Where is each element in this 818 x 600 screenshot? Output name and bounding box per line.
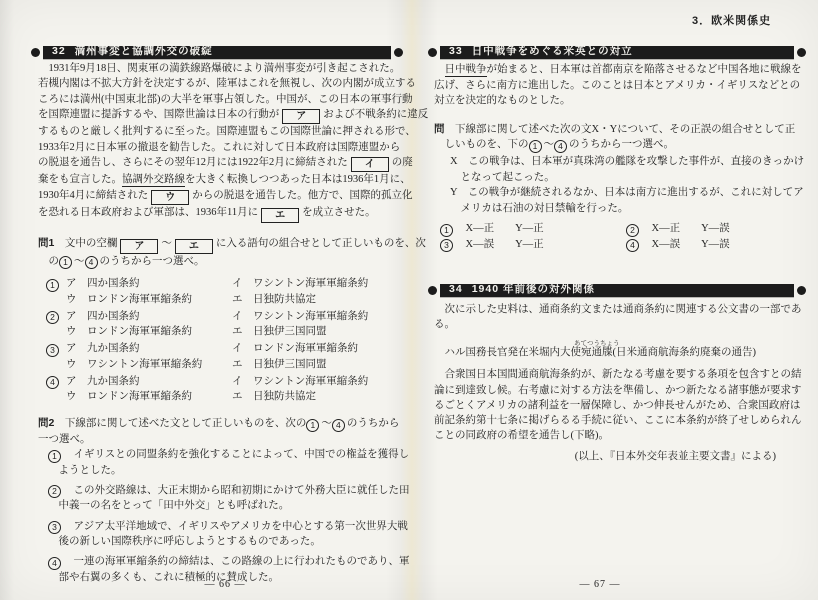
book-spread: 32 満州事変と協調外交の破綻 1931年9月18日、関東軍の満鉄線路爆破により… [0,0,818,600]
blank-box: ア [120,239,158,254]
option-number-spacer [46,324,66,339]
underlined-term: 日中戦争 [445,64,487,77]
section-32-paragraph: 1931年9月18日、関東軍の満鉄線路爆破により満州事変が引き起こされた。若槻内… [38,61,404,223]
question-label: 問1 [38,237,54,249]
section-number: 32 [43,44,66,59]
question-2-stem: 問2 下線部に関して述べた文として正しいものを、次の1～4のうちから一つ選べ。 [38,416,404,447]
circled-number: 3 [440,239,453,252]
text-line: 1933年2月に日本軍の撤退を勧告した。これに対して日本政府は国際連盟から [38,140,404,155]
option-number: 4 [46,374,66,390]
circled-number: 1 [440,224,453,237]
text-line: 問1 文中の空欄ア～エに入る語句の組合せとして正しいものを、次 [38,236,404,254]
section-number: 34 [440,282,463,297]
option-1: 1 ア 四か国条約 イ ワシントン海軍軍縮条約 ウ ロンドン海軍軍縮条約 エ 日… [46,276,402,307]
answer-choices: 1 X―正 Y―正 2 X―正 Y―誤 3 X―誤 Y―正 4 X―誤 Y―誤 [440,221,780,252]
question-2-options: 1 イギリスとの同盟条約を強化することによって、中国での権益を獲得し ようとした… [48,447,404,590]
section-33-paragraph: 日中戦争が始まると、日本軍は首都南京を陥落させるなど中国各地に戦線を広げ、さらに… [434,62,780,109]
option-cell: エ 日独防共協定 [232,389,402,404]
bar-end-dot [797,48,806,57]
option-row: 3 ア 九か国条約 イ ロンドン海軍軍縮条約 [46,341,402,357]
option-cell: ウ ロンドン海軍軍縮条約 [66,324,232,339]
question-label: 問2 [38,417,54,429]
text-line: 後の新しい国際秩序に呼応しようとするものであった。 [48,534,404,549]
text-line: 3 アジア太平洋地域で、イギリスやアメリカを中心とする第一次世界大戦 [48,519,404,535]
circled-number: 4 [46,376,59,389]
circled-number: 1 [306,419,319,432]
blank-box: エ [261,208,299,223]
answer-cell: 3 X―誤 Y―正 [440,237,626,253]
circled-number: 2 [626,224,639,237]
text-line: 論に到達致し候。右考慮に対する方法を準備し、かつ新たなる諸事態が要求す [434,383,784,398]
text-line: するものと厳しく批判するに至った。国際連盟もこの国際世論に押される形で、 [38,124,404,139]
option-number-spacer [46,357,66,372]
option-cell: ア 四か国条約 [66,276,232,292]
page-number-right: — 67 — [555,577,645,592]
option-4: 4 ア 九か国条約 イ ワシントン海軍軍縮条約 ウ ロンドン海軍軍縮条約 エ 日… [46,374,402,405]
furigana: あてつうちょう [574,340,620,347]
text-line: 4 一連の海軍軍縮条約の締結は、この路線の上に行われたものであり、軍 [48,554,404,570]
section-33-bar: 33 日中戦争をめぐる米英との対立 [440,46,794,59]
option-row: ウ ロンドン海軍軍縮条約 エ 日独伊三国同盟 [46,324,402,339]
bar-end-dot [797,286,806,295]
text-line: 1931年9月18日、関東軍の満鉄線路爆破により満州事変が引き起こされた。 [38,61,404,76]
text-line: 合衆国日本国間通商航海条約が、新たなる考慮を要する条項を包含すとの結 [434,367,784,382]
option-cell: ア 四か国条約 [66,309,232,325]
question-1-options: 1 ア 四か国条約 イ ワシントン海軍軍縮条約 ウ ロンドン海軍軍縮条約 エ 日… [46,276,402,406]
section-32-bar: 32 満州事変と協調外交の破綻 [43,46,391,59]
answer-cell: 1 X―正 Y―正 [440,221,626,237]
source-document: ハル国務長官発在米堀内大使あてつうちょう宛通牒(日米通商航海条約廃棄の通告) 合… [434,345,784,464]
blank-box: ア [282,109,320,124]
text-line: の1～4のうちから一つ選べ。 [38,254,404,270]
text-line: る。 [434,317,780,332]
option-3: 3 ア 九か国条約 イ ロンドン海軍軍縮条約 ウ ワシントン海軍軍縮条約 エ 日… [46,341,402,372]
page-edge-shadow [0,0,14,600]
text-line: しいものを、下の1～4のうちから一つ選べ。 [434,137,780,153]
text-line: を恐れる日本政府および軍部は、1936年11月にエを成立させた。 [38,205,404,223]
circled-number: 1 [59,256,72,269]
option-row: ウ ワシントン海軍軍縮条約 エ 日独伊三国同盟 [46,357,402,372]
section-title: 1940 年前後の対外関係 [472,282,595,297]
page-number-left: — 66 — [180,577,270,592]
text-line: を国際連盟に提訴するや、国際世論は日本の行動がアおよび不戦条約に違反 [38,107,404,125]
option-cell: イ ワシントン海軍軍縮条約 [232,276,402,292]
document-attribution: (以上、『日本外交年表並主要文書』による) [434,449,784,464]
option-cell: ア 九か国条約 [66,341,232,357]
option-cell: イ ロンドン海軍軍縮条約 [232,341,402,357]
option-cell: イ ワシントン海軍軍縮条約 [232,374,402,390]
text-line: 前記条約第十七条に掲げらるる手続に従い、ここに本条約が終了せしめられん [434,413,784,428]
option-cell: ウ ロンドン海軍軍縮条約 [66,389,232,404]
option-row: 4 ア 九か国条約 イ ワシントン海軍軍縮条約 [46,374,402,390]
circled-number: 1 [48,450,61,463]
option-row: 2 ア 四か国条約 イ ワシントン海軍軍縮条約 [46,309,402,325]
option-cell: ア 九か国条約 [66,374,232,390]
answer-row: 1 X―正 Y―正 2 X―正 Y―誤 [440,221,780,237]
text-line: 中義一の名をとって「田中外交」とも呼ばれた。 [48,498,404,513]
running-head: 3．欧米関係史 [692,14,771,29]
bar-end-dot [394,48,403,57]
option-cell: ウ ワシントン海軍軍縮条約 [66,357,232,372]
text-line: となって起こった。 [450,170,780,186]
text-line: の脱退を通告し、さらにその翌年12月には1922年2月に締結されたイの廃 [38,155,404,173]
ruby-term: あてつうちょう宛通牒 [581,347,613,358]
circled-number: 2 [46,311,59,324]
circled-number: 4 [626,239,639,252]
circled-number: 4 [85,256,98,269]
bar-end-dot [428,286,437,295]
text-line: 一つ選べ。 [38,432,404,447]
text-line: 問2 下線部に関して述べた文として正しいものを、次の1～4のうちから [38,416,404,432]
section-34-header: 34 1940 年前後の対外関係 [428,283,806,297]
text-line: ころには満州(中国東北部)の大半を軍事占領した。中国が、この日本の軍事行動 [38,92,404,107]
text-line: Y この戦争が継続されるなか、日本は南方に進出するが、これに対してア [450,185,780,201]
text-line: るごとくアメリカの諸利益を一層保障し、かつ伸長せんがため、合衆国政府は [434,398,784,413]
option-row: 1 ア 四か国条約 イ ワシントン海軍軍縮条約 [46,276,402,292]
circled-number: 4 [554,140,567,153]
circled-number: 1 [529,140,542,153]
text-line: 対立を決定的なものとした。 [434,93,780,109]
option-number: 1 [46,276,66,292]
option-2: 2 この外交路線は、大正末期から昭和初期にかけて外務大臣に就任した田 中義一の名… [48,483,404,514]
circled-number: 1 [46,279,59,292]
option-number-spacer [46,389,66,404]
option-cell: イ ワシントン海軍軍縮条約 [232,309,402,325]
blank-box: イ [351,157,389,172]
document-title: ハル国務長官発在米堀内大使あてつうちょう宛通牒(日米通商航海条約廃棄の通告) [434,345,784,360]
option-row: ウ ロンドン海軍軍縮条約 エ 日独防共協定 [46,292,402,307]
section-title: 満州事変と協調外交の破綻 [75,44,213,59]
circled-number: 4 [332,419,345,432]
option-cell: エ 日独防共協定 [232,292,402,307]
option-cell: エ 日独伊三国同盟 [232,357,402,372]
option-cell: ウ ロンドン海軍軍縮条約 [66,292,232,307]
text-line: メリカは石油の対日禁輸を行った。 [450,201,780,217]
option-row: ウ ロンドン海軍軍縮条約 エ 日独防共協定 [46,389,402,404]
answer-cell: 4 X―誤 Y―誤 [626,237,780,253]
option-cell: エ 日独伊三国同盟 [232,324,402,339]
text-line: 棄をも宣言した。協調外交路線を大きく転換しつつあった日本は1936年1月に、 [38,172,404,187]
text-line: ようとした。 [48,463,404,478]
answer-cell: 2 X―正 Y―誤 [626,221,780,237]
option-number: 3 [46,341,66,357]
section-number: 33 [440,44,463,59]
question-stem: 問 下線部に関して述べた次の文X・Yについて、その正誤の組合せとして正 しいもの… [434,122,780,153]
circled-number: 3 [48,521,61,534]
text-line: 若槻内閣は不拡大方針を決定するが、陸軍はこれを無視し、次の内閣が成立する [38,76,404,91]
option-number-spacer [46,292,66,307]
blank-box: エ [175,239,213,254]
text-line: 次に示した史料は、通商条約文または通商条約に関連する公文書の一部であ [434,302,780,317]
circled-number: 3 [46,344,59,357]
question-1-stem: 問1 文中の空欄ア～エに入る語句の組合せとして正しいものを、次 の1～4のうちか… [38,236,404,269]
section-32-header: 32 満州事変と協調外交の破綻 [31,45,403,59]
text-line: 1930年4月に締結されたウからの脱退を通告した。他方で、国際的孤立化 [38,188,404,206]
section-34-bar: 34 1940 年前後の対外関係 [440,284,794,297]
text-line: ことの同政府の希望を通告し(下略)。 [434,428,784,443]
section-33-header: 33 日中戦争をめぐる米英との対立 [428,45,806,59]
circled-number: 4 [48,557,61,570]
text-line: 1 イギリスとの同盟条約を強化することによって、中国での権益を獲得し [48,447,404,463]
statements-x-y: X この戦争は、日本軍が真珠湾の艦隊を攻撃した事件が、直接のきっかけ となって起… [450,154,780,216]
option-2: 2 ア 四か国条約 イ ワシントン海軍軍縮条約 ウ ロンドン海軍軍縮条約 エ 日… [46,309,402,340]
option-1: 1 イギリスとの同盟条約を強化することによって、中国での権益を獲得し ようとした… [48,447,404,478]
section-34-intro: 次に示した史料は、通商条約文または通商条約に関連する公文書の一部である。 [434,302,780,333]
document-body: 合衆国日本国間通商航海条約が、新たなる考慮を要する条項を包含すとの結論に到達致し… [434,367,784,443]
text-line: 広げ、さらに南方に進出した。このことは日本とアメリカ・イギリスなどとの [434,78,780,94]
section-title: 日中戦争をめぐる米英との対立 [472,44,633,59]
text-line: X この戦争は、日本軍が真珠湾の艦隊を攻撃した事件が、直接のきっかけ [450,154,780,170]
bar-end-dot [31,48,40,57]
option-3: 3 アジア太平洋地域で、イギリスやアメリカを中心とする第一次世界大戦 後の新しい… [48,519,404,550]
answer-row: 3 X―誤 Y―正 4 X―誤 Y―誤 [440,237,780,253]
blank-box: ウ [151,190,189,205]
option-number: 2 [46,309,66,325]
bar-end-dot [428,48,437,57]
circled-number: 2 [48,485,61,498]
question-label: 問 [434,123,445,135]
text-line: 日中戦争が始まると、日本軍は首都南京を陥落させるなど中国各地に戦線を [434,62,780,78]
underlined-term: 協調外交路線 [122,174,185,187]
text-line: 2 この外交路線は、大正末期から昭和初期にかけて外務大臣に就任した田 [48,483,404,499]
text-line: 問 下線部に関して述べた次の文X・Yについて、その正誤の組合せとして正 [434,122,780,137]
